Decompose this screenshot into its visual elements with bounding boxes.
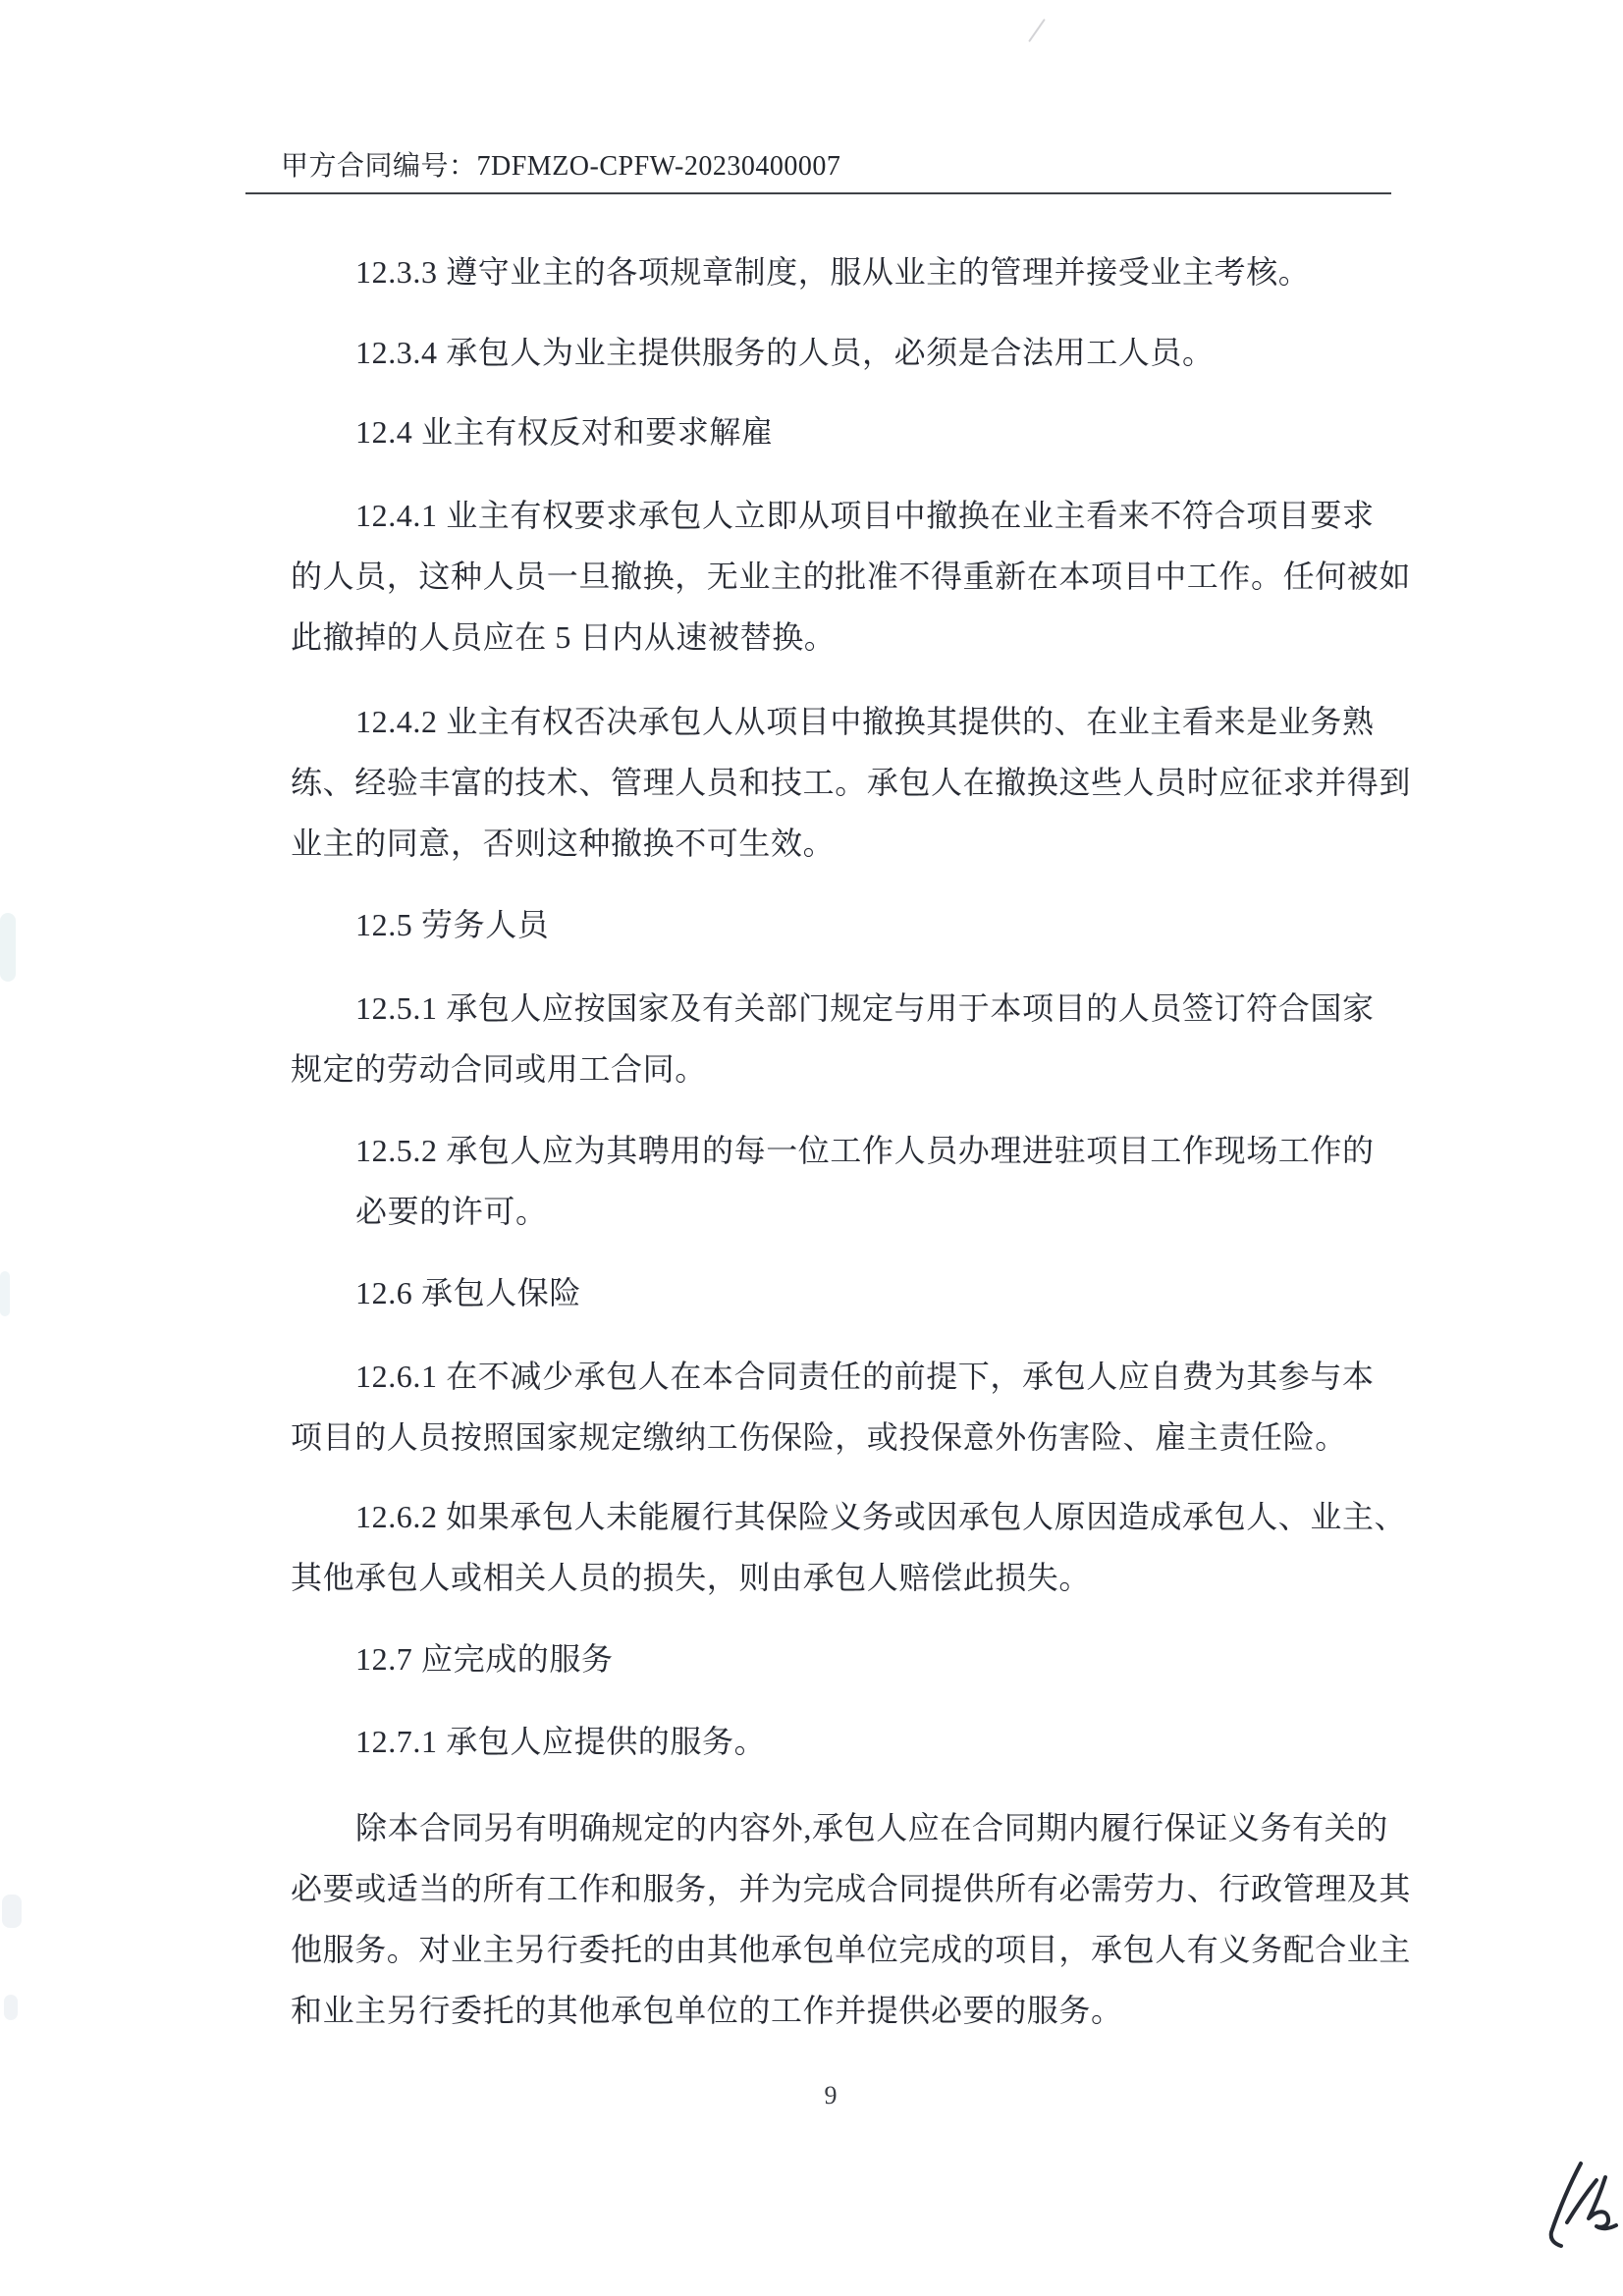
body-line: 此撤掉的人员应在 5 日内从速被替换。	[291, 607, 836, 667]
contract-number-value: 7DFMZO-CPFW-20230400007	[477, 151, 841, 182]
scan-artifact	[0, 1271, 10, 1316]
body-line: 练、经验丰富的技术、管理人员和技工。承包人在撤换这些人员时应征求并得到	[291, 752, 1411, 813]
body-line: 其他承包人或相关人员的损失，则由承包人赔偿此损失。	[291, 1547, 1091, 1608]
body-line: 的人员，这种人员一旦撤换，无业主的批准不得重新在本项目中工作。任何被如	[291, 546, 1411, 607]
scan-artifact	[0, 913, 16, 982]
body-line: 他服务。对业主另行委托的由其他承包单位完成的项目，承包人有义务配合业主	[291, 1919, 1411, 1980]
scan-artifact	[1028, 19, 1046, 42]
body-line: 规定的劳动合同或用工合同。	[291, 1039, 707, 1099]
scan-artifact	[2, 1895, 22, 1928]
body-line: 除本合同另有明确规定的内容外,承包人应在合同期内履行保证义务有关的	[291, 1797, 1388, 1858]
contract-number-label: 甲方合同编号：	[281, 151, 477, 182]
body-line: 12.7 应完成的服务	[291, 1629, 614, 1689]
body-line: 12.7.1 承包人应提供的服务。	[291, 1711, 766, 1772]
body-line: 必要的许可。	[291, 1181, 548, 1242]
body-line: 12.3.3 遵守业主的各项规章制度，服从业主的管理并接受业主考核。	[291, 241, 1310, 302]
body-line: 12.4.2 业主有权否决承包人从项目中撤换其提供的、在业主看来是业务熟	[291, 691, 1375, 752]
body-line: 和业主另行委托的其他承包单位的工作并提供必要的服务。	[291, 1980, 1123, 2041]
scan-artifact	[4, 1995, 18, 2020]
body-line: 12.6.1 在不减少承包人在本合同责任的前提下，承包人应自费为其参与本	[291, 1346, 1375, 1407]
contract-number-header: 甲方合同编号：7DFMZO-CPFW-20230400007	[281, 149, 840, 185]
body-line: 12.5 劳务人员	[291, 894, 549, 955]
body-line: 12.4.1 业主有权要求承包人立即从项目中撤换在业主看来不符合项目要求	[291, 485, 1375, 546]
body-line: 12.4 业主有权反对和要求解雇	[291, 401, 774, 462]
body-line: 业主的同意，否则这种撤换不可生效。	[291, 813, 835, 874]
body-line: 12.5.1 承包人应按国家及有关部门规定与用于本项目的人员签订符合国家	[291, 978, 1375, 1039]
header-rule	[245, 192, 1391, 194]
page-number: 9	[811, 2079, 850, 2112]
body-line: 12.3.4 承包人为业主提供服务的人员，必须是合法用工人员。	[291, 322, 1215, 383]
document-page: 甲方合同编号：7DFMZO-CPFW-20230400007 12.3.3 遵守…	[0, 0, 1623, 2296]
handwritten-signature-icon	[1510, 2146, 1623, 2264]
body-line: 12.6.2 如果承包人未能履行其保险义务或因承包人原因造成承包人、业主、	[291, 1486, 1406, 1547]
body-line: 必要或适当的所有工作和服务，并为完成合同提供所有必需劳力、行政管理及其	[291, 1858, 1411, 1919]
body-line: 12.6 承包人保险	[291, 1262, 581, 1323]
body-line: 12.5.2 承包人应为其聘用的每一位工作人员办理进驻项目工作现场工作的	[291, 1120, 1375, 1181]
body-line: 项目的人员按照国家规定缴纳工伤保险，或投保意外伤害险、雇主责任险。	[291, 1407, 1347, 1468]
